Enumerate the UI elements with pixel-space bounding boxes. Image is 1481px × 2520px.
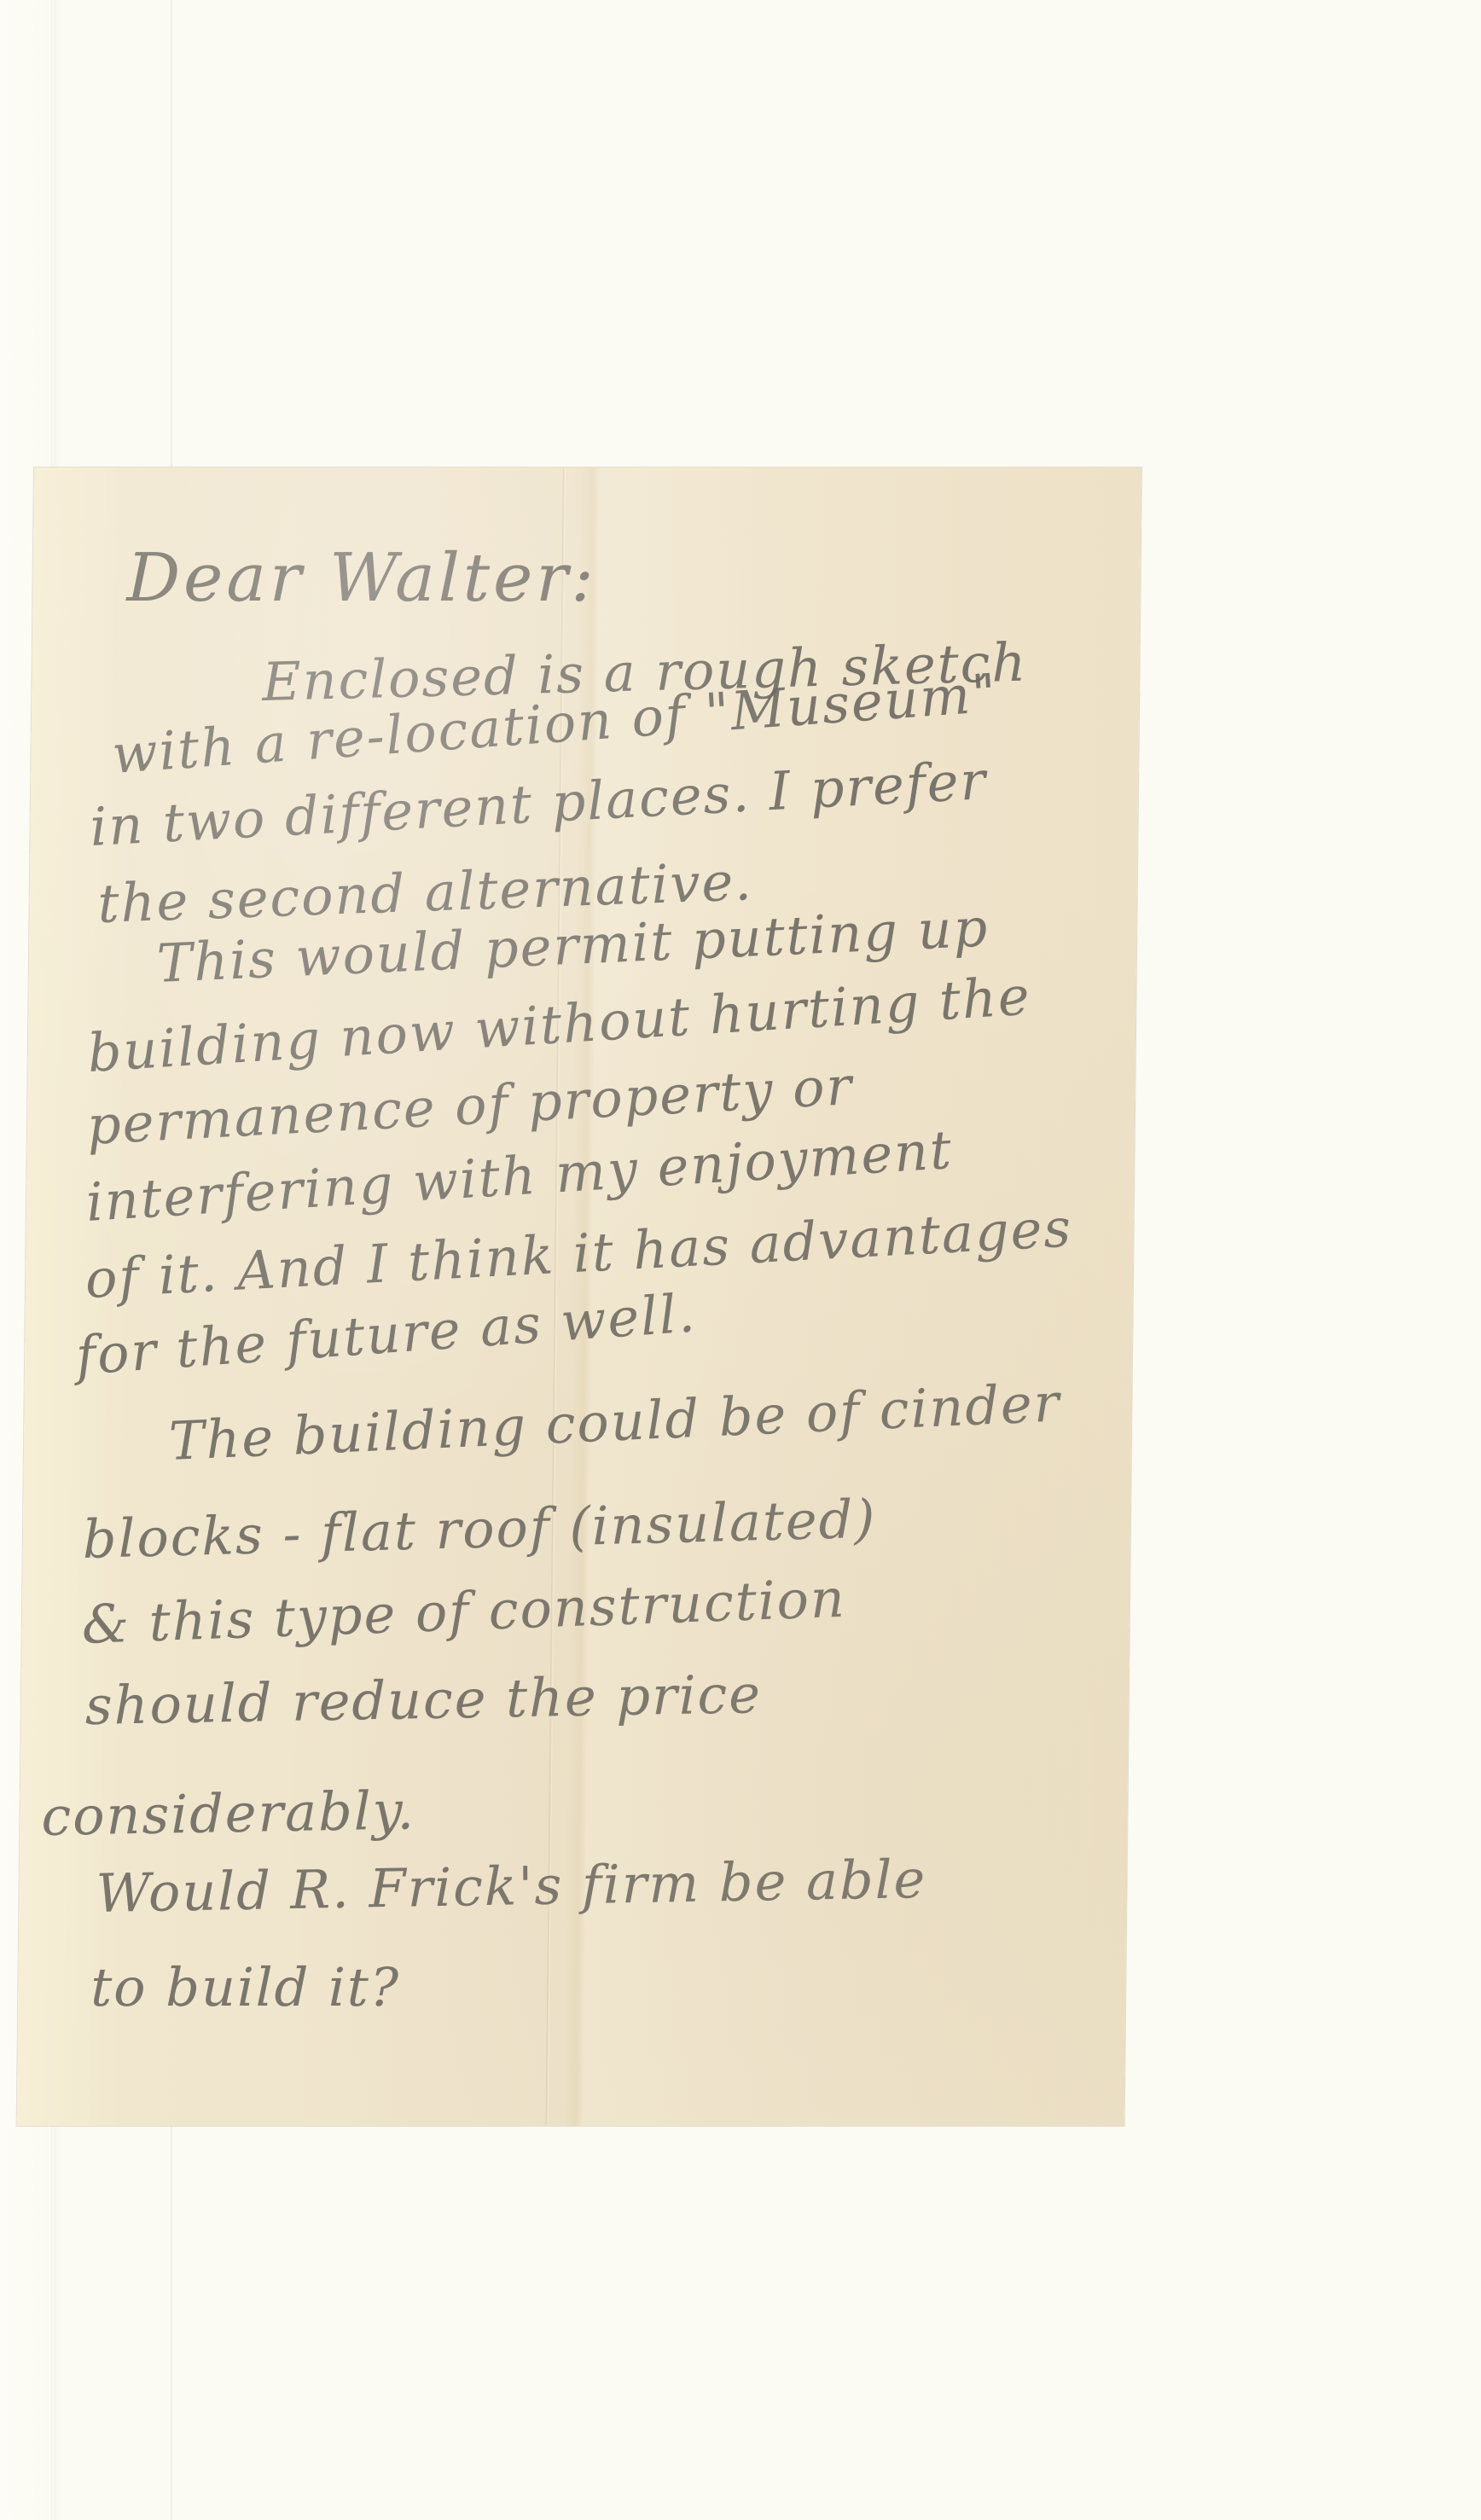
letter-line: to build it? bbox=[90, 1956, 400, 2018]
letter-line: blocks - flat roof (insulated) bbox=[82, 1488, 877, 1571]
letter-greeting: Dear Walter: bbox=[126, 540, 597, 617]
letter-line: considerably. bbox=[41, 1779, 415, 1848]
letter-sheet: Dear Walter: Enclosed is a rough sketch … bbox=[17, 467, 1141, 2126]
letter-line: & this type of construction bbox=[81, 1567, 847, 1656]
letter-line: The building could be of cinder bbox=[168, 1371, 1061, 1472]
letter-line: Would R. Frick's firm be able bbox=[96, 1848, 926, 1925]
letter-line: should reduce the price bbox=[85, 1663, 763, 1737]
